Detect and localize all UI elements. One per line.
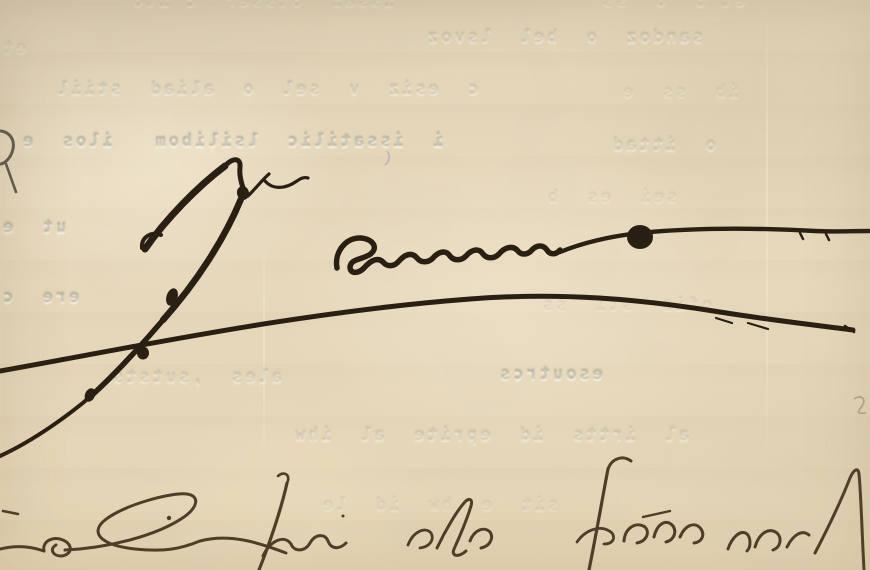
signature-flag-squiggle: [248, 174, 308, 196]
signature-franco: [0, 160, 869, 456]
signature-flourish: [560, 229, 869, 252]
word-la: [437, 499, 492, 555]
underline-tick: [716, 318, 732, 323]
left-edge-letter-R: [1, 131, 16, 192]
flourish-tick: [800, 233, 803, 239]
crossing-knot: [137, 347, 149, 360]
signature-descender-3: [0, 397, 90, 456]
underline-tick: [748, 323, 768, 329]
violet-speck: [385, 151, 389, 165]
document-scan: issai otsser c ilo el b o ss sandoz o be…: [0, 0, 870, 570]
word-foto-fhook: [608, 458, 631, 469]
flourish-tick: [826, 234, 829, 240]
handwriting-line: [0, 458, 864, 570]
word-foto-fstem: [589, 469, 608, 570]
signature-letters: [337, 238, 560, 272]
signature-descender-2: [90, 320, 163, 397]
signature-initial-upstroke: [145, 166, 225, 249]
tall-ascender: [815, 470, 864, 570]
ink-pool: [627, 225, 653, 249]
ink-layer: [0, 0, 870, 570]
flourish-loop: [65, 494, 200, 550]
right-edge-numeral-2: [854, 397, 866, 413]
